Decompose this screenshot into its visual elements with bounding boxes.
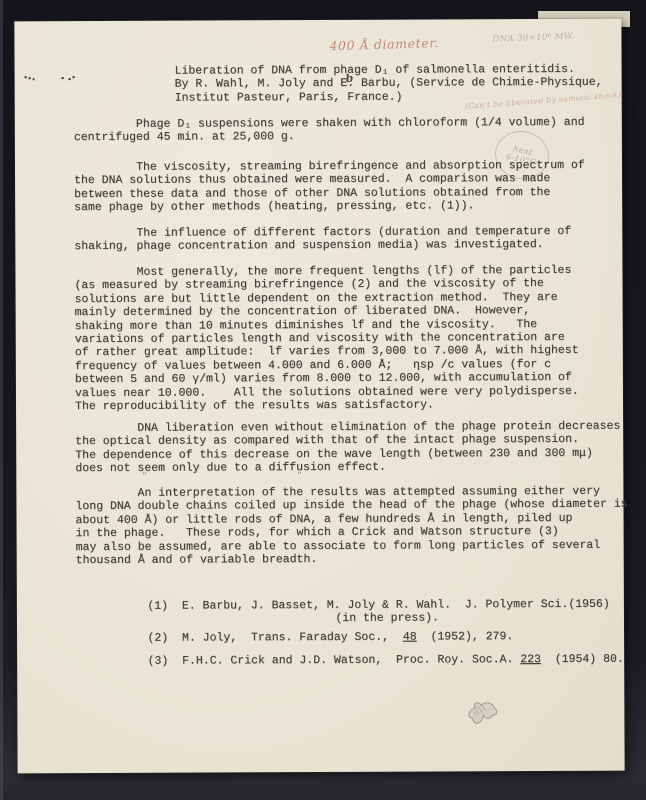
reference-3-volume: 223: [520, 653, 541, 666]
reference-3: (3) F.H.C. Crick and J.D. Watson, Proc. …: [106, 640, 624, 682]
photo-stage: 400 Å diameter. DNA 30×10⁶ MW. (Can't be…: [0, 0, 646, 800]
pencil-doodle: [462, 700, 506, 734]
paragraph-results: Most generally, the more frequent length…: [74, 264, 578, 414]
paragraph-factors: The influence of different factors (dura…: [74, 225, 571, 254]
paragraph-interpretation: An interpretation of the results was att…: [75, 485, 627, 568]
ink-specks: [25, 76, 27, 78]
document-page: 400 Å diameter. DNA 30×10⁶ MW. (Can't be…: [14, 19, 624, 774]
title-block: Liberation of DNA from phage D₁ of salmo…: [175, 63, 603, 105]
annotation-pencil-mw: DNA 30×10⁶ MW.: [492, 31, 575, 44]
paragraph-measurements: The viscosity, streaming birefringence a…: [74, 159, 585, 215]
reference-3-pre: (3) F.H.C. Crick and J.D. Watson, Proc. …: [148, 654, 521, 669]
paragraph-methods: Phage D₁ suspensions were shaken with ch…: [74, 116, 585, 145]
annotation-red-diameter: 400 Å diameter.: [329, 35, 439, 53]
reference-3-post: (1954) 80.: [541, 653, 624, 666]
paragraph-optical-density: DNA liberation even without elimination …: [75, 420, 620, 476]
scan-edge-highlight: [0, 0, 3, 800]
